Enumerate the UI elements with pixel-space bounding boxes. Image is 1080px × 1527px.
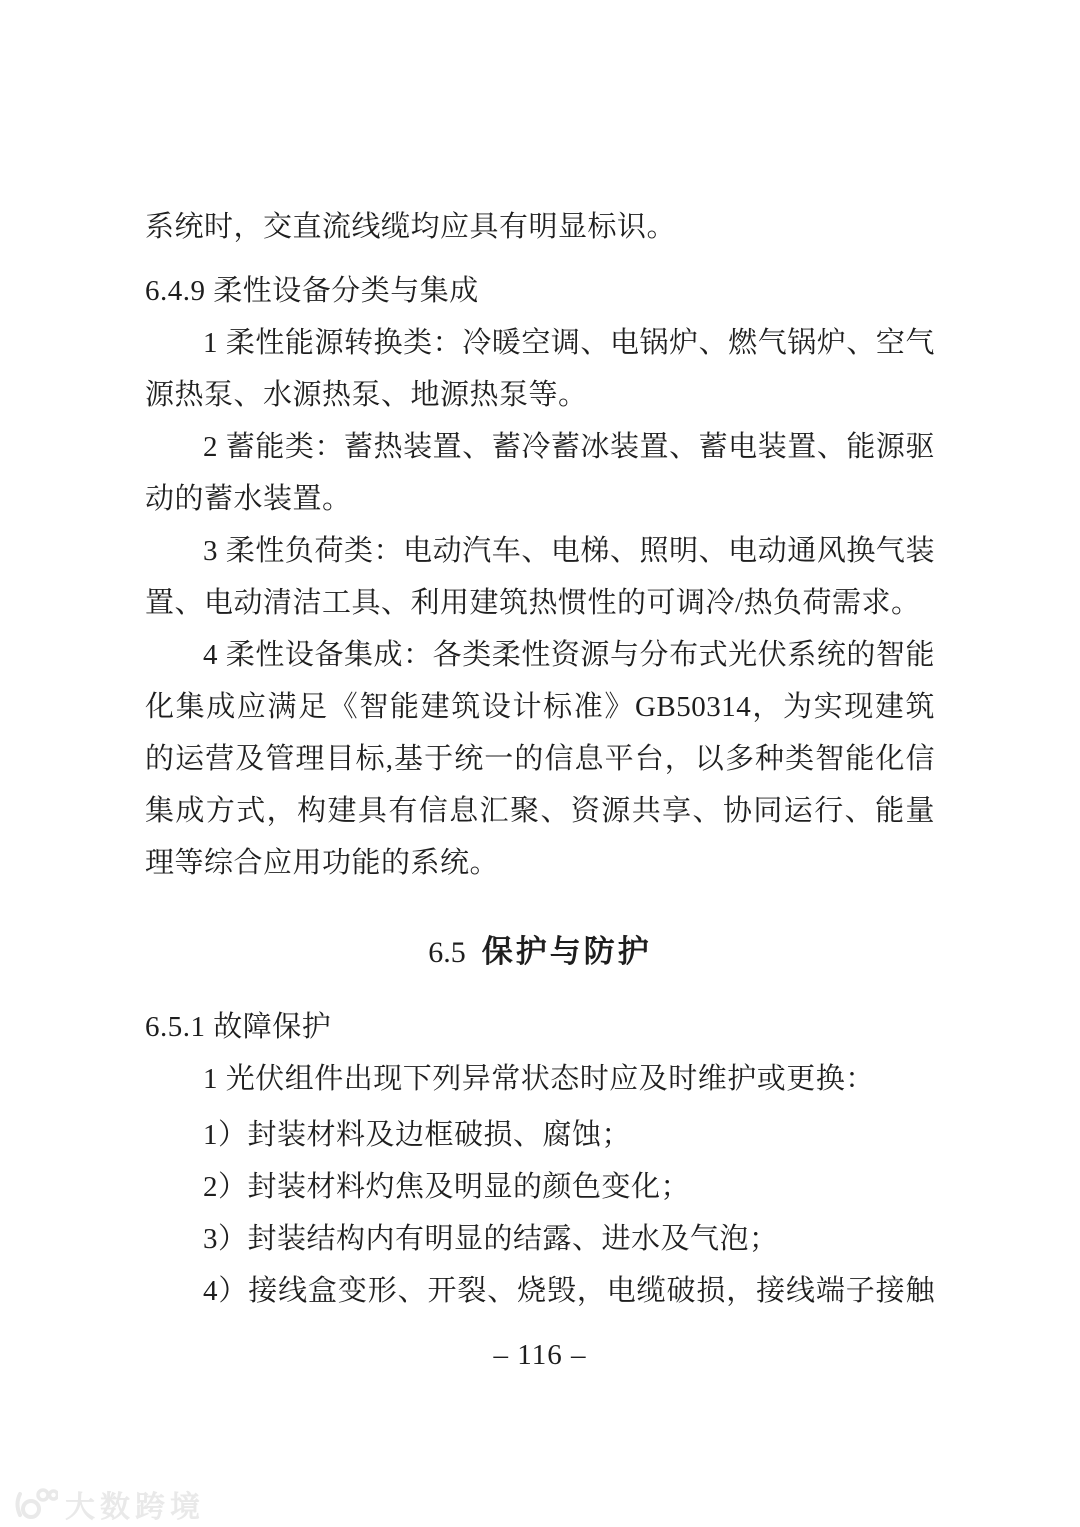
text-line: 动的蓄水装置。 xyxy=(145,473,935,525)
section-title: 保护与防护 xyxy=(482,934,652,969)
text-line: 3 柔性负荷类：电动汽车、电梯、照明、电动通风换气装 xyxy=(145,525,935,577)
clause-heading-6-4-9: 6.4.9 柔性设备分类与集成 xyxy=(145,265,935,317)
text-line: 的运营及管理目标,基于统一的信息平台，以多种类智能化信息 xyxy=(145,733,935,785)
watermark: 大数跨境 xyxy=(10,1482,205,1526)
text-line: 2 蓄能类：蓄热装置、蓄冷蓄冰装置、蓄电装置、能源驱 xyxy=(145,421,935,473)
dashu-100-logo-icon xyxy=(10,1485,58,1523)
text-line: 4 柔性设备集成：各类柔性资源与分布式光伏系统的智能 xyxy=(145,629,935,681)
text-line: 理等综合应用功能的系统。 xyxy=(145,837,935,889)
clause-heading-6-5-1: 6.5.1 故障保护 xyxy=(145,1001,935,1053)
text-line: 1 光伏组件出现下列异常状态时应及时维护或更换： xyxy=(145,1053,935,1105)
section-heading-6-5: 6.5保护与防护 xyxy=(145,926,935,978)
text-line: 集成方式，构建具有信息汇聚、资源共享、协同运行、能量管 xyxy=(145,785,935,837)
document-page: 系统时，交直流线缆均应具有明显标识。 6.4.9 柔性设备分类与集成 1 柔性能… xyxy=(0,0,1080,1527)
text-line: 源热泵、水源热泵、地源热泵等。 xyxy=(145,369,935,421)
list-item: 4）接线盒变形、开裂、烧毁，电缆破损，接线端子接触 xyxy=(145,1265,935,1317)
section-number: 6.5 xyxy=(428,936,466,969)
text-line: 系统时，交直流线缆均应具有明显标识。 xyxy=(145,201,935,253)
page-body: 系统时，交直流线缆均应具有明显标识。 6.4.9 柔性设备分类与集成 1 柔性能… xyxy=(145,201,935,1379)
list-item: 3）封装结构内有明显的结露、进水及气泡； xyxy=(145,1213,935,1265)
list-item: 2）封装材料灼焦及明显的颜色变化； xyxy=(145,1161,935,1213)
text-line: 1 柔性能源转换类：冷暖空调、电锅炉、燃气锅炉、空气 xyxy=(145,317,935,369)
text-line: 化集成应满足《智能建筑设计标准》GB50314，为实现建筑物 xyxy=(145,681,935,733)
list-item: 1）封装材料及边框破损、腐蚀； xyxy=(145,1109,935,1161)
text-line: 置、电动清洁工具、利用建筑热惯性的可调冷/热负荷需求。 xyxy=(145,577,935,629)
page-number: – 116 – xyxy=(145,1331,935,1379)
watermark-text: 大数跨境 xyxy=(65,1482,205,1526)
